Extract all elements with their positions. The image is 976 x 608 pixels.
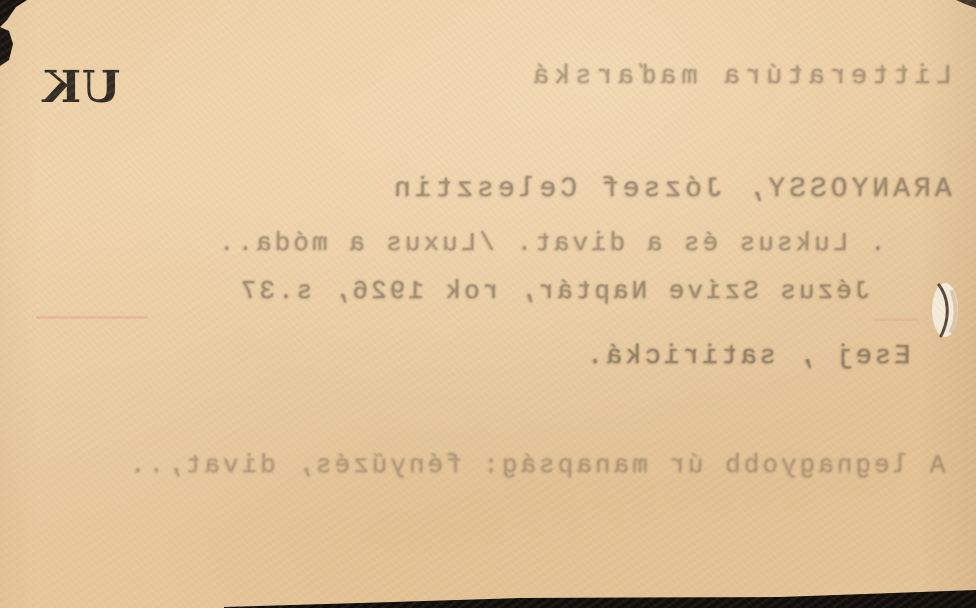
tear-crease-line [939,285,947,336]
genre-line: Esej , satirická. [584,342,910,372]
bottom-shadow-strip [224,590,976,608]
left-edge-stain [0,27,13,66]
pink-fiber-line-right [874,318,918,321]
source-line: Jézus Szíve Naptár, rok 1926, s.37 [238,276,871,306]
author-line: ARANYOSSY, József Celesztin [390,174,952,205]
tear-highlight [932,283,958,337]
top-right-speck [956,0,976,8]
annotation-line: A legnagyobb úr manapság: fényűzés, diva… [127,450,946,480]
catalog-card-scan: UK Litteratúra maďarská ARANYOSSY, Józse… [0,0,976,608]
library-stamp: UK [42,66,121,110]
title-line: . Luksus és a divat. /Luxus a móda.. [216,228,886,258]
tear-shadow [951,292,956,331]
heading-line: Litteratúra maďarská [528,62,952,92]
corner-chip-mark [0,0,27,27]
pink-fiber-line [36,316,148,319]
